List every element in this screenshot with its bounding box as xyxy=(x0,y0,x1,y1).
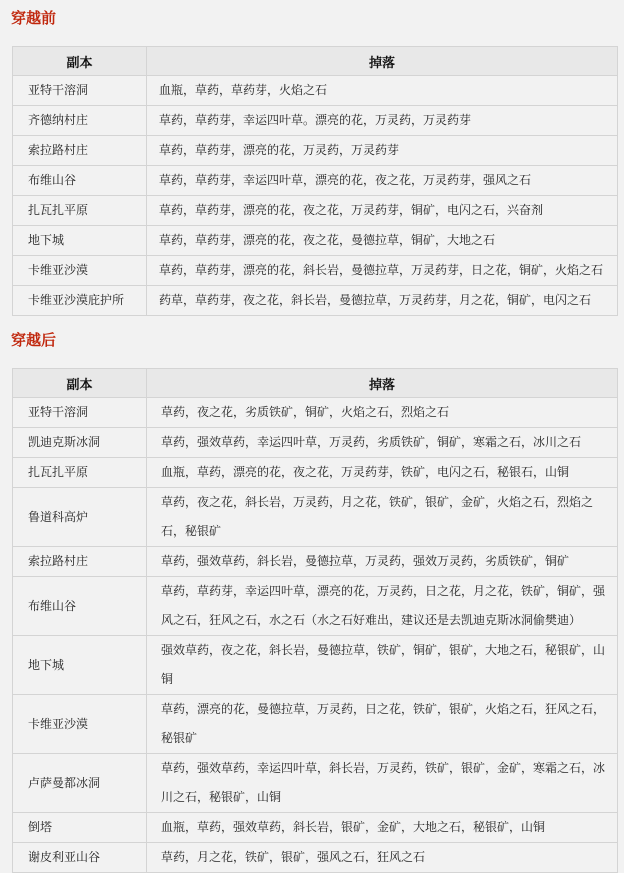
drop-list: 药草，草药芽，夜之花，斜长岩，曼德拉草，万灵药芽，月之花，铜矿，电闪之石 xyxy=(147,286,618,316)
drop-list: 草药，草药芽，幸运四叶草。漂亮的花，万灵药，万灵药芽 xyxy=(147,106,618,136)
section-title-after: 穿越后 xyxy=(11,329,56,350)
column-header-drops: 掉落 xyxy=(147,47,618,76)
drops-table-after: 副本 掉落 亚特干溶洞草药，夜之花，劣质铁矿，铜矿，火焰之石，烈焰之石 凯迪克斯… xyxy=(12,368,618,851)
dungeon-name: 卡维亚沙漠庇护所 xyxy=(13,286,147,316)
dungeon-name: 布维山谷 xyxy=(13,166,147,196)
dungeon-name: 倒塔 xyxy=(13,813,147,843)
table-row: 亚特干溶洞血瓶，草药，草药芽，火焰之石 xyxy=(13,76,618,106)
table-row: 卢萨曼都冰洞草药，强效草药，幸运四叶草，斜长岩，万灵药，铁矿，银矿，金矿，寒霜之… xyxy=(13,754,618,813)
table-header-row: 副本 掉落 xyxy=(13,369,618,398)
table-header-row: 副本 掉落 xyxy=(13,47,618,76)
dungeon-name: 鲁道科高炉 xyxy=(13,488,147,547)
table-row: 扎瓦扎平原草药，草药芽，漂亮的花，夜之花，万灵药芽，铜矿，电闪之石，兴奋剂 xyxy=(13,196,618,226)
table-row: 地下城草药，草药芽，漂亮的花，夜之花，曼德拉草，铜矿，大地之石 xyxy=(13,226,618,256)
column-header-drops: 掉落 xyxy=(147,369,618,398)
drop-list: 草药，强效草药，幸运四叶草，斜长岩，万灵药，铁矿，银矿，金矿，寒霜之石，冰川之石… xyxy=(147,754,618,813)
drop-list: 草药，草药芽，幸运四叶草，漂亮的花，万灵药，日之花，月之花，铁矿，铜矿，强风之石… xyxy=(147,577,618,636)
dungeon-name: 卢萨曼都冰洞 xyxy=(13,754,147,813)
table-row: 齐德纳村庄草药，草药芽，幸运四叶草。漂亮的花，万灵药，万灵药芽 xyxy=(13,106,618,136)
drop-list: 草药，夜之花，劣质铁矿，铜矿，火焰之石，烈焰之石 xyxy=(147,398,618,428)
table-row: 鲁道科高炉草药，夜之花，斜长岩，万灵药，月之花，铁矿，银矿，金矿，火焰之石，烈焰… xyxy=(13,488,618,547)
table-row: 卡维亚沙漠草药，漂亮的花，曼德拉草，万灵药，日之花，铁矿，银矿，火焰之石，狂风之… xyxy=(13,695,618,754)
dungeon-name: 亚特干溶洞 xyxy=(13,398,147,428)
dungeon-name: 卡维亚沙漠 xyxy=(13,695,147,754)
table-row: 凯迪克斯冰洞草药，强效草药，幸运四叶草，万灵药，劣质铁矿，铜矿，寒霜之石，冰川之… xyxy=(13,428,618,458)
drop-list: 强效草药，夜之花，斜长岩，曼德拉草，铁矿，铜矿，银矿，大地之石，秘银矿，山铜 xyxy=(147,636,618,695)
drop-list: 草药，夜之花，斜长岩，万灵药，月之花，铁矿，银矿，金矿，火焰之石，烈焰之石，秘银… xyxy=(147,488,618,547)
table-row: 扎瓦扎平原血瓶，草药，漂亮的花，夜之花，万灵药芽，铁矿，电闪之石，秘银石，山铜 xyxy=(13,458,618,488)
table-row: 索拉路村庄草药，草药芽，漂亮的花，万灵药，万灵药芽 xyxy=(13,136,618,166)
table-row: 布维山谷草药，草药芽，幸运四叶草，漂亮的花，万灵药，日之花，月之花，铁矿，铜矿，… xyxy=(13,577,618,636)
dungeon-name: 地下城 xyxy=(13,226,147,256)
drops-table-before: 副本 掉落 亚特干溶洞血瓶，草药，草药芽，火焰之石 齐德纳村庄草药，草药芽，幸运… xyxy=(12,46,618,316)
drop-list: 血瓶，草药，强效草药，斜长岩，银矿，金矿，大地之石，秘银矿，山铜 xyxy=(147,813,618,843)
column-header-dungeon: 副本 xyxy=(13,47,147,76)
dungeon-name: 扎瓦扎平原 xyxy=(13,458,147,488)
dungeon-name: 索拉路村庄 xyxy=(13,547,147,577)
drop-list: 草药，漂亮的花，曼德拉草，万灵药，日之花，铁矿，银矿，火焰之石，狂风之石，秘银矿 xyxy=(147,695,618,754)
dungeon-name: 卡维亚沙漠 xyxy=(13,256,147,286)
dungeon-name: 亚特干溶洞 xyxy=(13,76,147,106)
drop-list: 草药，草药芽，漂亮的花，斜长岩，曼德拉草，万灵药芽，日之花，铜矿，火焰之石 xyxy=(147,256,618,286)
dungeon-name: 布维山谷 xyxy=(13,577,147,636)
table-row: 卡维亚沙漠草药，草药芽，漂亮的花，斜长岩，曼德拉草，万灵药芽，日之花，铜矿，火焰… xyxy=(13,256,618,286)
drop-list: 草药，强效草药，斜长岩，曼德拉草，万灵药，强效万灵药，劣质铁矿，铜矿 xyxy=(147,547,618,577)
table-row: 倒塔血瓶，草药，强效草药，斜长岩，银矿，金矿，大地之石，秘银矿，山铜 xyxy=(13,813,618,843)
drop-list: 草药，草药芽，漂亮的花，夜之花，万灵药芽，铜矿，电闪之石，兴奋剂 xyxy=(147,196,618,226)
table-row: 亚特干溶洞草药，夜之花，劣质铁矿，铜矿，火焰之石，烈焰之石 xyxy=(13,398,618,428)
table-row: 地下城强效草药，夜之花，斜长岩，曼德拉草，铁矿，铜矿，银矿，大地之石，秘银矿，山… xyxy=(13,636,618,695)
dungeon-name: 扎瓦扎平原 xyxy=(13,196,147,226)
dungeon-name: 凯迪克斯冰洞 xyxy=(13,428,147,458)
dungeon-name: 地下城 xyxy=(13,636,147,695)
table-row: 谢皮利亚山谷草药，月之花，铁矿，银矿，强风之石，狂风之石 xyxy=(13,843,618,852)
drop-list: 草药，草药芽，幸运四叶草，漂亮的花，夜之花，万灵药芽，强风之石 xyxy=(147,166,618,196)
drop-list: 血瓶，草药，草药芽，火焰之石 xyxy=(147,76,618,106)
dungeon-name: 齐德纳村庄 xyxy=(13,106,147,136)
table-row: 布维山谷草药，草药芽，幸运四叶草，漂亮的花，夜之花，万灵药芽，强风之石 xyxy=(13,166,618,196)
dungeon-name: 索拉路村庄 xyxy=(13,136,147,166)
drop-list: 草药，草药芽，漂亮的花，夜之花，曼德拉草，铜矿，大地之石 xyxy=(147,226,618,256)
dungeon-name: 谢皮利亚山谷 xyxy=(13,843,147,852)
drop-list: 血瓶，草药，漂亮的花，夜之花，万灵药芽，铁矿，电闪之石，秘银石，山铜 xyxy=(147,458,618,488)
drop-list: 草药，强效草药，幸运四叶草，万灵药，劣质铁矿，铜矿，寒霜之石，冰川之石 xyxy=(147,428,618,458)
drop-list: 草药，草药芽，漂亮的花，万灵药，万灵药芽 xyxy=(147,136,618,166)
table-row: 卡维亚沙漠庇护所药草，草药芽，夜之花，斜长岩，曼德拉草，万灵药芽，月之花，铜矿，… xyxy=(13,286,618,316)
column-header-dungeon: 副本 xyxy=(13,369,147,398)
section-title-before: 穿越前 xyxy=(11,7,56,28)
drop-list: 草药，月之花，铁矿，银矿，强风之石，狂风之石 xyxy=(147,843,618,852)
table-row: 索拉路村庄草药，强效草药，斜长岩，曼德拉草，万灵药，强效万灵药，劣质铁矿，铜矿 xyxy=(13,547,618,577)
